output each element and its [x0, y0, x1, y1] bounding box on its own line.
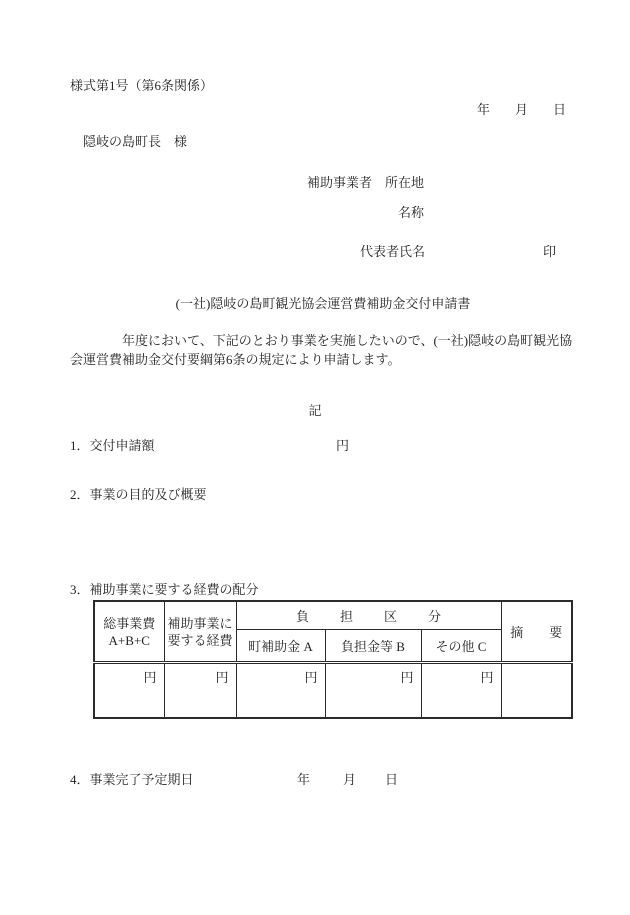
- document-title: (一社)隠岐の島町観光協会運営費補助金交付申請書: [0, 297, 630, 311]
- section4-label: 4．事業完了予定期日: [70, 773, 194, 787]
- applicant-address-label: 補助事業者 所在地: [307, 176, 424, 190]
- completion-month-label: 月: [343, 773, 356, 787]
- col-subsidized-cost-header: 補助事業に 要する経費: [164, 601, 236, 663]
- total-cost-cell: 円: [94, 663, 164, 719]
- intro-line-2: 会運営費補助金交付要綱第6条の規定により申請します。: [70, 350, 575, 369]
- cost-allocation-table: 総事業費 A+B+C 補助事業に 要する経費 負 担 区 分 摘 要 町補助金 …: [93, 600, 573, 719]
- seal-label: 印: [543, 245, 556, 259]
- subsidized-cost-line1: 補助事業に: [165, 615, 236, 632]
- form-number: 様式第1号（第6条関係）: [70, 79, 213, 93]
- completion-year-label: 年: [297, 773, 310, 787]
- date-month-label: 月: [515, 103, 528, 117]
- applicant-representative-label: 代表者氏名: [360, 245, 425, 259]
- intro-paragraph: 年度において、下記のとおり事業を実施したいので、(一社)隠岐の島町観光協 会運営…: [70, 331, 575, 369]
- section3-label: 3．補助事業に要する経費の配分: [70, 583, 259, 597]
- applicant-name-label: 名称: [398, 206, 424, 220]
- intro-line-1: 年度において、下記のとおり事業を実施したいので、(一社)隠岐の島町観光協: [70, 331, 575, 350]
- col-total-cost-header: 総事業費 A+B+C: [94, 601, 164, 663]
- contributions-cell: 円: [325, 663, 421, 719]
- record-mark: 記: [0, 404, 630, 418]
- addressee: 隠岐の島町長 様: [83, 135, 187, 149]
- date-day-label: 日: [553, 103, 566, 117]
- section1-label: 1．交付申請額: [70, 439, 155, 453]
- remarks-cell: [501, 663, 572, 719]
- completion-day-label: 日: [385, 773, 398, 787]
- other-header: その他 C: [421, 630, 501, 663]
- remarks-header: 摘 要: [501, 601, 572, 663]
- date-year-label: 年: [477, 103, 490, 117]
- table-data-row: 円 円 円 円 円: [94, 663, 572, 719]
- town-subsidy-header: 町補助金 A: [236, 630, 325, 663]
- burden-category-header: 負 担 区 分: [236, 601, 501, 630]
- total-cost-line2: A+B+C: [95, 632, 164, 649]
- subsidized-cost-cell: 円: [164, 663, 236, 719]
- town-subsidy-cell: 円: [236, 663, 325, 719]
- contributions-header: 負担金等 B: [325, 630, 421, 663]
- other-cell: 円: [421, 663, 501, 719]
- subsidized-cost-line2: 要する経費: [165, 632, 236, 649]
- section1-yen-unit: 円: [336, 439, 349, 453]
- total-cost-line1: 総事業費: [95, 615, 164, 632]
- section2-label: 2．事業の目的及び概要: [70, 488, 207, 502]
- application-form-page: 様式第1号（第6条関係） 年 月 日 隠岐の島町長 様 補助事業者 所在地 名称…: [0, 0, 630, 915]
